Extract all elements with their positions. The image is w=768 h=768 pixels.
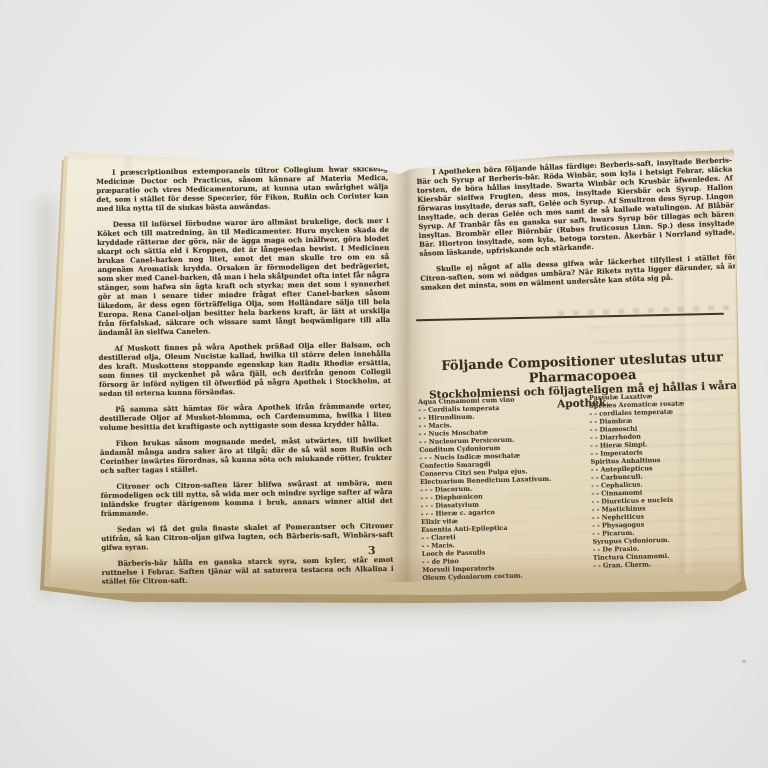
paragraph: Fikon brukas såsom mognande medel, måst … [100, 435, 392, 475]
photo-backdrop: I præscriptionibus extemporaneis tiltror… [0, 0, 768, 768]
paragraph: Dessa til införsel förbudne waror äro al… [97, 216, 391, 337]
paragraph: Sedan wi få det gula finaste skalet af P… [101, 521, 393, 552]
paragraph: Citroner och Citron-saften lärer blifwa … [100, 478, 392, 518]
open-spread-sheet: I præscriptionibus extemporaneis tiltror… [38, 138, 750, 616]
page-number: 3 [368, 544, 376, 557]
excluded-list-column-left: Aqua Cinnamomi cum vino- - Cordialis tem… [418, 394, 587, 582]
paragraph: Af Muskott finnes på wåra Apothek präßad… [98, 340, 391, 398]
excluded-compositions-list: Aqua Cinnamomi cum vino- - Cordialis tem… [418, 390, 758, 582]
paragraph: Skulle ej något af alla dessa gifwa wår … [420, 252, 737, 292]
excluded-list-column-right: Passulæ LaxativæSpecies Aromaticæ rosatæ… [589, 390, 758, 578]
paragraph: I præscriptionibus extemporaneis tiltror… [96, 164, 389, 213]
right-page-text: I Apotheken böra följande hållas färdige… [416, 155, 737, 299]
left-page-text: I præscriptionibus extemporaneis tiltror… [96, 164, 394, 593]
paragraph: I Apotheken böra följande hållas färdige… [416, 155, 735, 258]
background-speck [742, 660, 746, 663]
paragraph: Bärberis-bär hålla en ganska starck syra… [101, 555, 393, 586]
document-booklet: I præscriptionibus extemporaneis tiltror… [38, 138, 750, 616]
paragraph: På samma sätt hämtas för wåra Apothek if… [99, 401, 391, 432]
